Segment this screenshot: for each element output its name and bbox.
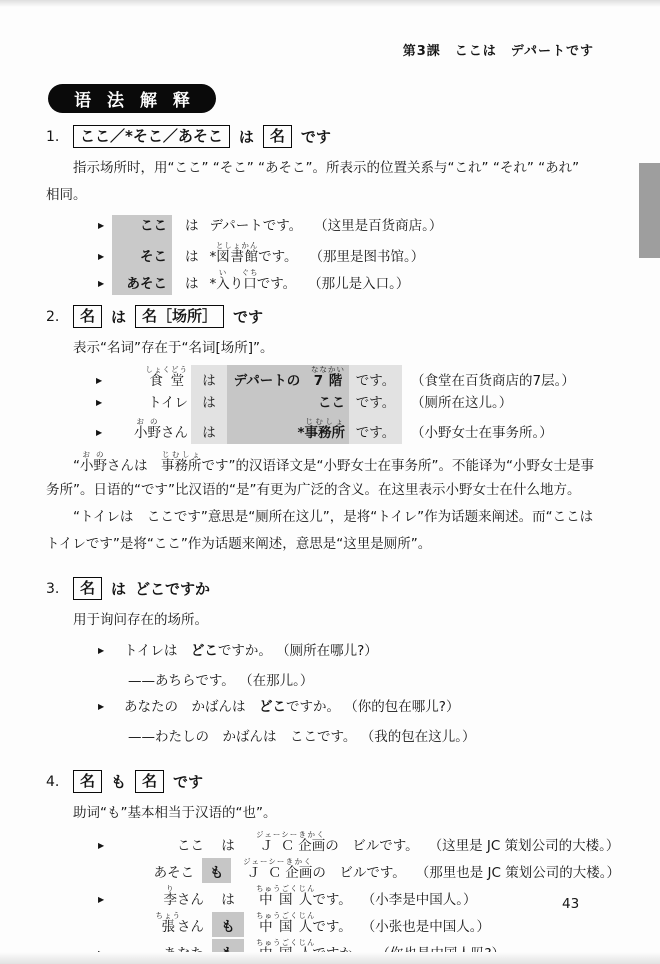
- translation: （那里是图书馆。）: [310, 245, 425, 265]
- section-number: 3.: [46, 581, 64, 597]
- bullet-icon: ▶: [98, 221, 112, 230]
- grammar-heading-2: 2. 名 は 名［场所］ です: [46, 303, 620, 330]
- example-subject: 食堂しょくどう: [112, 365, 191, 389]
- translation: （那里也是 JC 策划公司的大楼。）: [416, 861, 620, 881]
- example-row: ▶ そこ は *図書館としょかんです。 （那里是图书馆。）: [98, 241, 620, 268]
- example-subject: 張ちょうさん: [114, 911, 204, 935]
- predicate: *入いり口ぐちです。: [210, 268, 297, 292]
- particle: は: [185, 272, 199, 292]
- particle: は: [111, 306, 126, 327]
- grammar-heading-1: 1. ここ／*そこ／あそこ は 名 です: [46, 123, 620, 150]
- predicate: デパートです。: [210, 214, 303, 234]
- translation: （这里是百货商店。）: [314, 214, 442, 234]
- subject-highlight: ここ: [112, 214, 172, 234]
- explanation-text: 助词“も”基本相当于汉语的“也”。: [46, 800, 620, 827]
- section-number: 1.: [46, 129, 64, 145]
- pattern-tail: です: [233, 306, 263, 327]
- bullet-icon: ▶: [98, 252, 112, 261]
- particle: は: [239, 126, 254, 147]
- explanation-text: 指示场所时，用“ここ” “そこ” “あそこ”。所表示的位置关系与“これ” “それ…: [46, 155, 620, 209]
- particle: は: [185, 245, 199, 265]
- section-number: 2.: [46, 309, 64, 325]
- example-row: ▶ 李りさん は 中国人ちゅうごくじんです。 （小李是中国人。）: [98, 884, 620, 911]
- paragraph-line: 表示“名词”存在于“名词[场所]”。: [46, 335, 620, 362]
- boxed-noun: 名: [73, 770, 102, 794]
- pattern-tail: どこですか: [135, 578, 210, 599]
- grammar-heading-3: 3. 名 は どこですか: [46, 575, 620, 602]
- location-highlight: ここ: [227, 391, 349, 411]
- page-content: 语 法 解 释 1. ここ／*そこ／あそこ は 名 です 指示场所时，用“ここ”…: [46, 0, 620, 964]
- particle: は: [111, 578, 126, 599]
- subject-highlight: そこ: [112, 245, 172, 265]
- paragraph-line: “小野おのさんは 事務所じむしょです”的汉语译文是“小野女士在事务所”。不能译为…: [46, 450, 620, 477]
- particle: は: [185, 214, 199, 234]
- predicate: *図書館としょかんです。: [210, 241, 298, 265]
- paragraph-line: トイレです”是将“ここ”作为话题来阐述，意思是“这里是厕所”。: [46, 531, 620, 558]
- particle: は: [212, 885, 244, 910]
- explanation-text: 用于询问存在的场所。: [46, 607, 620, 634]
- translation: （这里是 JC 策划公司的大楼。）: [429, 834, 620, 854]
- example-row: ▶ ここ は デパートです。 （这里是百货商店。）: [98, 214, 620, 241]
- predicate: 中国人ちゅうごくじんです。: [256, 911, 352, 935]
- boxed-noun: 名: [73, 577, 102, 601]
- bullet-icon: ▶: [96, 428, 112, 437]
- particle-highlight: も: [212, 912, 244, 937]
- location-highlight: *事務所じむしょ: [227, 417, 349, 441]
- particle: は: [191, 421, 227, 441]
- example-list-1: ▶ ここ は デパートです。 （这里是百货商店。） ▶ そこ は *図書館としょ…: [98, 214, 620, 295]
- section-number: 4.: [46, 774, 64, 790]
- explanation-text: 表示“名词”存在于“名词[场所]”。: [46, 335, 620, 362]
- example-subject: ここ: [114, 834, 204, 854]
- particle-highlight: も: [202, 858, 231, 883]
- example-row: ▶ ここ は ＪＣジェーシー企画きかくの ビルです。 （这里是 JC 策划公司的…: [98, 830, 620, 857]
- translation: （那儿是入口。）: [308, 272, 409, 292]
- particle: は: [191, 391, 227, 411]
- example-list-3: ▶ トイレは どこですか。 （厕所在哪儿?） ——あちらです。 （在那儿。） ▶…: [98, 639, 620, 751]
- predicate: ＪＣジェーシー企画きかくの ビルです。: [256, 830, 419, 854]
- example-row: ▶ あそこ は *入いり口ぐちです。 （那儿是入口。）: [98, 268, 620, 295]
- translation: （小张也是中国人。）: [362, 915, 490, 935]
- translation: （食堂在百货商店的7层。）: [411, 369, 575, 389]
- subject-highlight: あそこ: [112, 272, 172, 292]
- explanation-paragraph: “小野おのさんは 事務所じむしょです”的汉语译文是“小野女士在事务所”。不能译为…: [46, 450, 620, 558]
- scan-edge-bottom: [0, 952, 660, 964]
- example-row: ▶ トイレ は ここ です。 （厕所在这儿。）: [96, 391, 620, 417]
- bullet-icon: ▶: [96, 376, 112, 385]
- predicate: 中国人ちゅうごくじんです。: [256, 884, 352, 908]
- example-reply: ——わたしの かばんは ここです。 （我的包在这儿。）: [98, 723, 620, 751]
- chapter-edge-tab: [639, 163, 660, 258]
- example-sentence: トイレは どこですか。 （厕所在哪儿?）: [124, 639, 378, 659]
- example-row: 張ちょうさん も 中国人ちゅうごくじんです。 （小张也是中国人。）: [98, 911, 620, 938]
- paragraph-line: 相同。: [46, 182, 620, 209]
- bullet-icon: ▶: [98, 279, 112, 288]
- grammar-heading-4: 4. 名 も 名 です: [46, 768, 620, 795]
- pattern-tail: です: [301, 126, 331, 147]
- example-row: ▶ 食堂しょくどう は デパートの 7階ななかい です。 （食堂在百货商店的7层…: [96, 365, 620, 391]
- bullet-icon: ▶: [98, 841, 114, 850]
- example-subject: あそこ: [113, 861, 195, 881]
- paragraph-line: 助词“も”基本相当于汉语的“也”。: [46, 800, 620, 827]
- paragraph-line: “トイレは ここです”意思是“厕所在这儿”，是将“トイレ”作为话题来阐述。而“こ…: [46, 504, 620, 531]
- example-row: あそこ も ＪＣジェーシー企画きかくの ビルです。 （那里也是 JC 策划公司的…: [98, 857, 620, 884]
- copula: です。: [349, 369, 402, 389]
- example-row: ▶ 小野おのさん は *事務所じむしょ です。 （小野女士在事务所。）: [96, 417, 620, 443]
- boxed-noun: 名: [135, 770, 164, 794]
- bullet-icon: ▶: [96, 398, 112, 407]
- predicate: ＪＣジェーシー企画きかくの ビルです。: [243, 857, 406, 881]
- boxed-pattern: ここ／*そこ／あそこ: [73, 125, 230, 149]
- boxed-noun: 名: [73, 305, 102, 329]
- example-list-2: ▶ 食堂しょくどう は デパートの 7階ななかい です。 （食堂在百货商店的7层…: [96, 365, 620, 443]
- example-row: ▶ あなたの かばんは どこですか。 （你的包在哪儿?）: [98, 695, 620, 723]
- boxed-noun-place: 名［场所］: [135, 305, 224, 329]
- example-reply: ——あちらです。 （在那儿。）: [98, 667, 620, 695]
- example-subject: 小野おのさん: [112, 417, 191, 441]
- boxed-noun: 名: [263, 125, 292, 149]
- particle: も: [111, 771, 126, 792]
- bullet-icon: ▶: [98, 646, 124, 655]
- copula: です。: [349, 391, 402, 411]
- pattern-tail: です: [173, 771, 203, 792]
- paragraph-line: 务所”。日语的“です”比汉语的“是”有更为广泛的含义。在这里表示小野女士在什么地…: [46, 477, 620, 504]
- textbook-page: 第3課 ここは デパートです 语 法 解 释 1. ここ／*そこ／あそこ は 名…: [0, 0, 660, 964]
- translation: （小野女士在事务所。）: [411, 421, 553, 441]
- section-title-badge: 语 法 解 释: [48, 84, 216, 113]
- bullet-icon: ▶: [98, 895, 114, 904]
- paragraph-line: 用于询问存在的场所。: [46, 607, 620, 634]
- page-number: 43: [562, 896, 579, 912]
- example-row: ▶ トイレは どこですか。 （厕所在哪儿?）: [98, 639, 620, 667]
- translation: （小李是中国人。）: [362, 888, 477, 908]
- example-list-4: ▶ ここ は ＪＣジェーシー企画きかくの ビルです。 （这里是 JC 策划公司的…: [98, 830, 620, 964]
- paragraph-line: 指示场所时，用“ここ” “そこ” “あそこ”。所表示的位置关系与“これ” “それ…: [46, 155, 620, 182]
- example-subject: 李りさん: [114, 884, 204, 908]
- example-sentence: あなたの かばんは どこですか。 （你的包在哪儿?）: [124, 695, 459, 715]
- particle: は: [191, 369, 227, 389]
- copula: です。: [349, 421, 402, 441]
- translation: （厕所在这儿。）: [411, 391, 512, 411]
- example-subject: トイレ: [112, 391, 191, 411]
- location-highlight: デパートの 7階ななかい: [227, 365, 349, 389]
- particle: は: [212, 831, 244, 856]
- bullet-icon: ▶: [98, 702, 124, 711]
